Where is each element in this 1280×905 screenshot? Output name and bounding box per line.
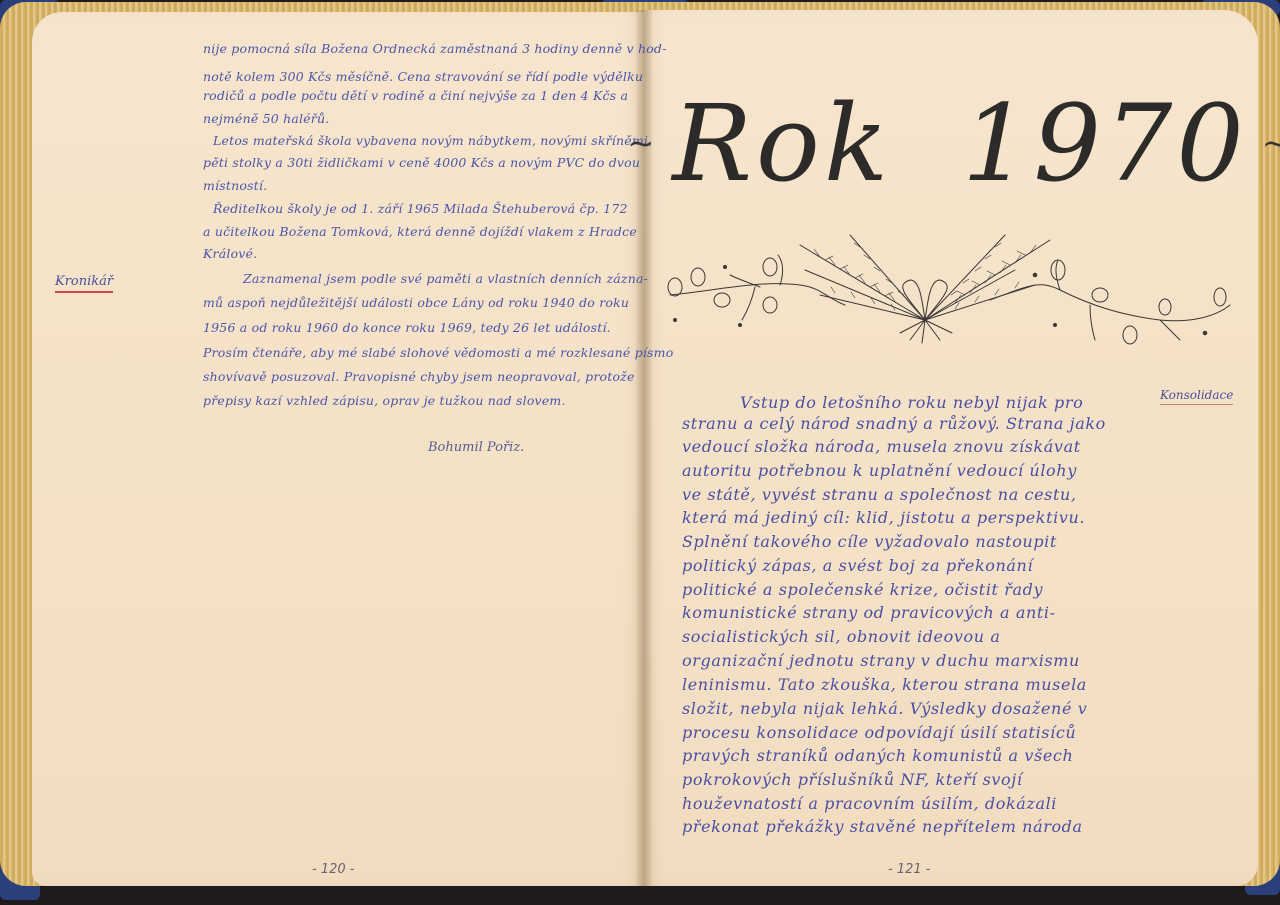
- text-line: Ředitelkou školy je od 1. září 1965 Mila…: [213, 201, 628, 216]
- text-line: houževnatostí a pracovním úsilím, dokáza…: [682, 794, 1057, 813]
- signature: Bohumil Pořiz.: [428, 440, 524, 455]
- margin-note-konsolidace: Konsolidace: [1160, 388, 1233, 405]
- text-line: která má jediný cíl: klid, jistotu a per…: [682, 508, 1085, 527]
- text-line: pokrokových příslušníků NF, kteří svojí: [682, 770, 1023, 789]
- text-line: Splnění takového cíle vyžadovalo nastoup…: [682, 532, 1057, 551]
- text-line: Prosím čtenáře, aby mé slabé slohové věd…: [203, 345, 673, 360]
- text-line: překonat překážky stavěné nepřítelem nár…: [682, 817, 1083, 836]
- year-title: ~ Rok 1970 ~: [685, 78, 1235, 208]
- text-line: mů aspoň nejdůležitější události obce Lá…: [203, 295, 629, 310]
- text-line: notě kolem 300 Kčs měsíčně. Cena stravov…: [203, 69, 643, 84]
- text-line: procesu konsolidace odpovídají úsilí sta…: [682, 723, 1076, 742]
- text-line: Zaznamenal jsem podle své paměti a vlast…: [243, 271, 648, 286]
- flourish-right-icon: ~: [1262, 124, 1280, 162]
- text-line: komunistické strany od pravicových a ant…: [682, 603, 1056, 622]
- text-line: přepisy kazí vzhled zápisu, oprav je tuž…: [203, 393, 566, 408]
- text-line: rodičů a podle počtu dětí v rodině a čin…: [203, 88, 628, 103]
- page-number-left: - 120 -: [312, 862, 354, 877]
- text-line: socialistických sil, obnovit ideovou a: [682, 627, 1000, 646]
- text-line: politické a společenské krize, očistit ř…: [682, 580, 1043, 599]
- text-line: shovívavě posuzoval. Pravopisné chyby js…: [203, 369, 635, 384]
- flourish-left-icon: ~: [627, 124, 658, 162]
- text-line: 1956 a od roku 1960 do konce roku 1969, …: [203, 320, 611, 335]
- text-line: složit, nebyla nijak lehká. Výsledky dos…: [682, 699, 1087, 718]
- title-year: 1970: [962, 82, 1248, 205]
- margin-note-kronikar: Kronikář: [55, 274, 113, 293]
- text-line: organizační jednotu strany v duchu marxi…: [682, 651, 1080, 670]
- text-line: Králové.: [203, 246, 257, 261]
- text-line: místností.: [203, 178, 267, 193]
- text-line: Vstup do letošního roku nebyl nijak pro: [740, 393, 1083, 412]
- text-line: autoritu potřebnou k uplatnění vedoucí ú…: [682, 461, 1077, 480]
- text-line: stranu a celý národ snadný a růžový. Str…: [682, 414, 1106, 433]
- text-line: nije pomocná síla Božena Ordnecká zaměst…: [203, 41, 667, 56]
- pine-branch-ornament-icon: [660, 225, 1240, 355]
- text-line: Letos mateřská škola vybavena novým náby…: [213, 133, 652, 148]
- title-word: Rok: [672, 82, 892, 205]
- text-line: politický zápas, a svést boj za překonán…: [682, 556, 1033, 575]
- open-book: nije pomocná síla Božena Ordnecká zaměst…: [0, 0, 1280, 888]
- text-line: ve státě, vyvést stranu a společnost na …: [682, 485, 1077, 504]
- text-line: vedoucí složka národa, musela znovu získ…: [682, 437, 1081, 456]
- text-line: pěti stolky a 30ti židličkami v ceně 400…: [203, 155, 640, 170]
- text-line: nejméně 50 haléřů.: [203, 111, 329, 126]
- text-line: leninismu. Tato zkouška, kterou strana m…: [682, 675, 1087, 694]
- page-number-right: - 121 -: [888, 862, 930, 877]
- text-line: pravých straníků odaných komunistů a vše…: [682, 746, 1073, 765]
- text-line: a učitelkou Božena Tomková, která denně …: [203, 224, 637, 239]
